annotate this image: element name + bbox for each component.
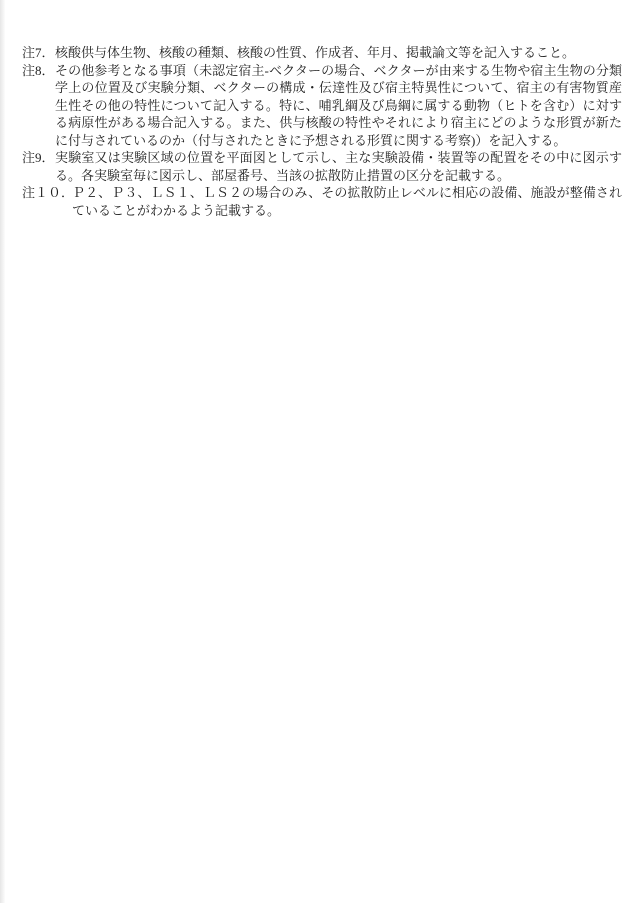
note-10: 注１０． Ｐ２、Ｐ３、ＬＳ１、ＬＳ２の場合のみ、その拡散防止レベルに相応の設備、…: [22, 184, 622, 219]
note-10-label: 注１０．: [22, 184, 74, 202]
note-7: 注7． 核酸供与体生物、核酸の種類、核酸の性質、作成者、年月、掲載論文等を記入す…: [22, 44, 622, 62]
scan-edge-shadow: [0, 0, 5, 903]
note-7-label: 注7．: [22, 44, 55, 62]
note-9: 注9． 実験室又は実験区域の位置を平面図として示し、主な実験設備・装置等の配置を…: [22, 149, 622, 184]
note-8: 注8． その他参考となる事項（未認定宿主-ベクターの場合、ベクターが由来する生物…: [22, 62, 622, 150]
note-7-text: 核酸供与体生物、核酸の種類、核酸の性質、作成者、年月、掲載論文等を記入すること。: [55, 45, 575, 60]
note-9-text: 実験室又は実験区域の位置を平面図として示し、主な実験設備・装置等の配置をその中に…: [55, 150, 622, 183]
note-8-label: 注8．: [22, 62, 55, 80]
note-10-text: Ｐ２、Ｐ３、ＬＳ１、ＬＳ２の場合のみ、その拡散防止レベルに相応の設備、施設が整備…: [72, 185, 622, 218]
note-8-text: その他参考となる事項（未認定宿主-ベクターの場合、ベクターが由来する生物や宿主生…: [55, 63, 622, 148]
notes-list: 注7． 核酸供与体生物、核酸の種類、核酸の性質、作成者、年月、掲載論文等を記入す…: [22, 44, 622, 219]
note-9-label: 注9．: [22, 149, 55, 167]
